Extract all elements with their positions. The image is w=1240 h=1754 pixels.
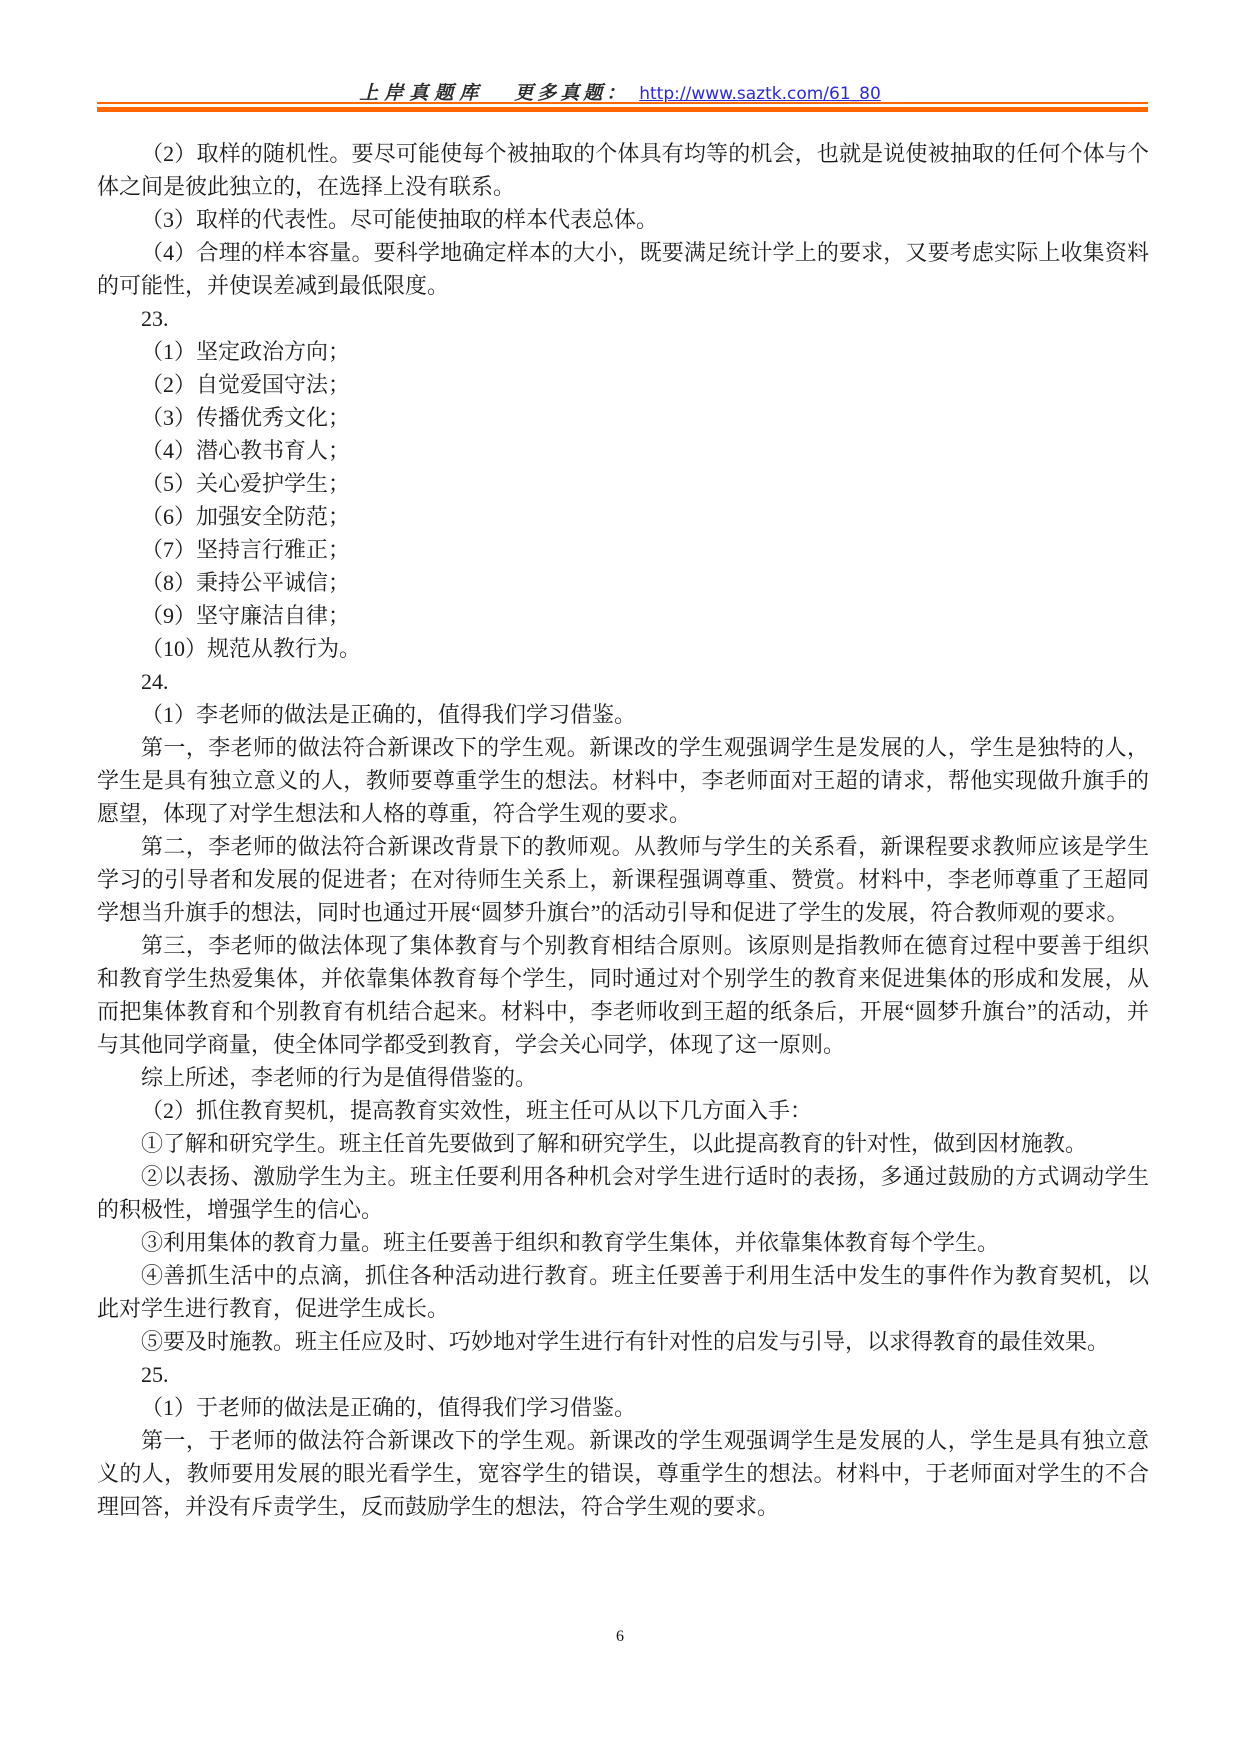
- paragraph: （1）坚定政治方向；: [97, 335, 1149, 368]
- paragraph: （5）关心爱护学生；: [97, 467, 1149, 500]
- header-rule-thick: [97, 107, 1148, 112]
- page-number: 6: [0, 1628, 1240, 1646]
- paragraph: （1）李老师的做法是正确的，值得我们学习借鉴。: [97, 698, 1149, 731]
- paragraph: 25.: [97, 1358, 1149, 1391]
- paragraph: （2）自觉爱国守法；: [97, 368, 1149, 401]
- document-body: （2）取样的随机性。要尽可能使每个被抽取的个体具有均等的机会，也就是说使被抽取的…: [97, 137, 1149, 1523]
- paragraph: 第二，李老师的做法符合新课改背景下的教师观。从教师与学生的关系看，新课程要求教师…: [97, 830, 1149, 929]
- header-brand-text: 上岸真题库: [359, 83, 484, 104]
- paragraph: （4）合理的样本容量。要科学地确定样本的大小，既要满足统计学上的要求，又要考虑实…: [97, 236, 1149, 302]
- paragraph: ⑤要及时施教。班主任应及时、巧妙地对学生进行有针对性的启发与引导，以求得教育的最…: [97, 1325, 1149, 1358]
- paragraph: 23.: [97, 302, 1149, 335]
- paragraph: 24.: [97, 665, 1149, 698]
- paragraph: （2）抓住教育契机，提高教育实效性，班主任可从以下几方面入手：: [97, 1094, 1149, 1127]
- paragraph: （6）加强安全防范；: [97, 500, 1149, 533]
- paragraph: （3）传播优秀文化；: [97, 401, 1149, 434]
- paragraph: 第一，李老师的做法符合新课改下的学生观。新课改的学生观强调学生是发展的人，学生是…: [97, 731, 1149, 830]
- paragraph: ③利用集体的教育力量。班主任要善于组织和教育学生集体，并依靠集体教育每个学生。: [97, 1226, 1149, 1259]
- paragraph: （3）取样的代表性。尽可能使抽取的样本代表总体。: [97, 203, 1149, 236]
- paragraph: （9）坚守廉洁自律；: [97, 599, 1149, 632]
- header-rule-thin: [97, 102, 1148, 104]
- paragraph: （2）取样的随机性。要尽可能使每个被抽取的个体具有均等的机会，也就是说使被抽取的…: [97, 137, 1149, 203]
- paragraph: 第三，李老师的做法体现了集体教育与个别教育相结合原则。该原则是指教师在德育过程中…: [97, 929, 1149, 1061]
- header-more-label: 更多真题：: [514, 83, 629, 104]
- paragraph: （4）潜心教书育人；: [97, 434, 1149, 467]
- paragraph: （7）坚持言行雅正；: [97, 533, 1149, 566]
- header-url-link[interactable]: http://www.saztk.com/61_80: [639, 84, 881, 104]
- paragraph: （10）规范从教行为。: [97, 632, 1149, 665]
- page-header: 上岸真题库 更多真题： http://www.saztk.com/61_80: [0, 78, 1240, 105]
- document-page: 上岸真题库 更多真题： http://www.saztk.com/61_80 （…: [0, 0, 1240, 1754]
- paragraph: ①了解和研究学生。班主任首先要做到了解和研究学生，以此提高教育的针对性，做到因材…: [97, 1127, 1149, 1160]
- paragraph: ④善抓生活中的点滴，抓住各种活动进行教育。班主任要善于利用生活中发生的事件作为教…: [97, 1259, 1149, 1325]
- paragraph: 综上所述，李老师的行为是值得借鉴的。: [97, 1061, 1149, 1094]
- paragraph: 第一，于老师的做法符合新课改下的学生观。新课改的学生观强调学生是发展的人，学生是…: [97, 1424, 1149, 1523]
- paragraph: ②以表扬、激励学生为主。班主任要利用各种机会对学生进行适时的表扬，多通过鼓励的方…: [97, 1160, 1149, 1226]
- paragraph: （8）秉持公平诚信；: [97, 566, 1149, 599]
- paragraph: （1）于老师的做法是正确的，值得我们学习借鉴。: [97, 1391, 1149, 1424]
